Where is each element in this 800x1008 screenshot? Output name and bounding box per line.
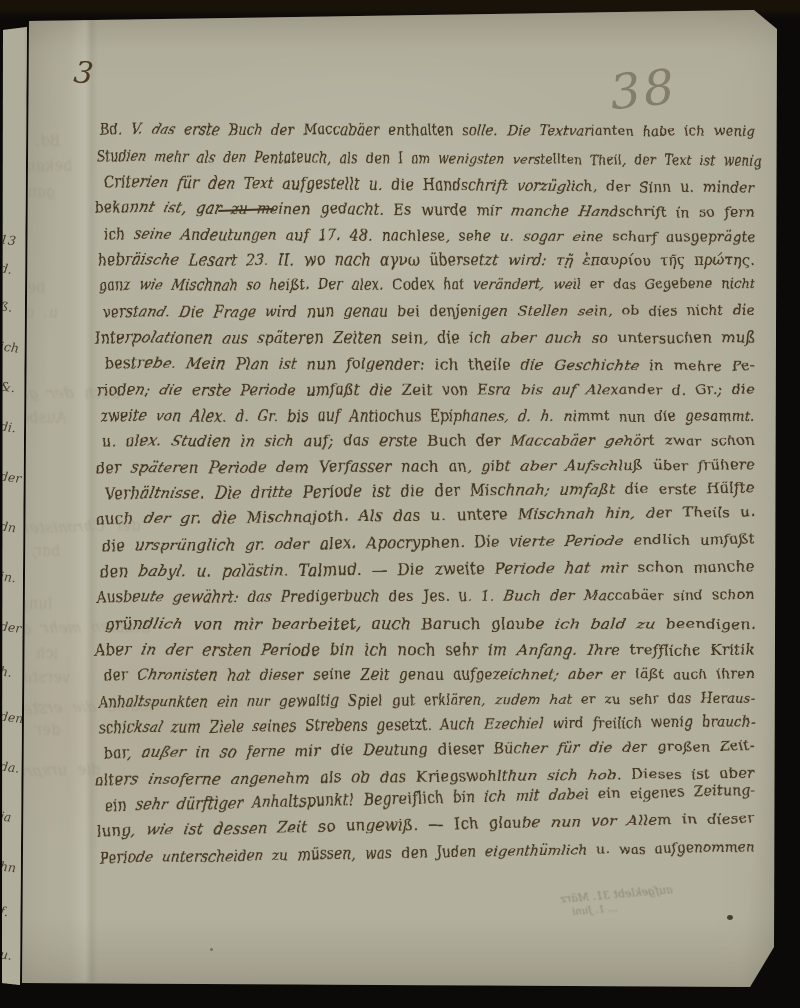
- manuscript-line: Aber in der ersten Periode bin ich noch …: [95, 641, 755, 659]
- manuscript-line: Criterien für den Text aufgestellt u. di…: [104, 173, 754, 197]
- manuscript-line: bar, außer in so ferne mir die Deutung d…: [104, 738, 755, 762]
- page-strip-fragment: da.: [0, 758, 27, 776]
- manuscript-line: ganz wie Mischnah so heißt. Der alex. Co…: [99, 276, 755, 294]
- handwriting-block: Bd. V. das erste Buch der Maccabäer enth…: [0, 0, 800, 1008]
- manuscript-line: schicksal zum Ziele seines Strebens gese…: [99, 713, 756, 737]
- ink-speck: [727, 915, 733, 920]
- page-strip-fragment: in.: [0, 568, 27, 586]
- manuscript-line: rioden; die erste Periode umfaßt die Zei…: [97, 381, 755, 399]
- manuscript-line: Bd. V. das erste Buch der Maccabäer enth…: [100, 121, 755, 140]
- page-strip-fragment: di.: [0, 418, 27, 436]
- manuscript-line: hebräische Lesart 23. II. wo nach αγνω ü…: [98, 251, 754, 270]
- ink-speck: [210, 948, 213, 951]
- manuscript-line: Periode unterscheiden zu müssen, was den…: [100, 838, 755, 867]
- page-strip-fragment: 13: [0, 231, 27, 249]
- page-strip-fragment: ß.: [0, 298, 27, 316]
- manuscript-line: ich seine Andeutungen auf 17. 48. nachle…: [104, 225, 756, 246]
- manuscript-line: zweite von Alex. d. Gr. bis auf Antiochu…: [101, 407, 755, 426]
- manuscript-line: der späteren Periode dem Verfasser nach …: [96, 456, 755, 477]
- manuscript-line: lung, wie ist dessen Zeit so ungewiß. — …: [97, 810, 755, 840]
- manuscript-line: den babyl. u. palästin. Talmud. — Die zw…: [100, 558, 755, 581]
- page-strip-fragment: dn: [0, 518, 27, 536]
- manuscript-line: Anhaltspunkten ein nur gewaltig Spiel gu…: [99, 689, 756, 711]
- page-strip-fragment: ja: [0, 808, 27, 826]
- manuscript-line: die ursprünglich gr. oder alex. Apocryph…: [102, 530, 755, 555]
- manuscript-line: verstand. Die Frage wird nun genau bei d…: [103, 301, 755, 321]
- page-strip-fragment: der: [0, 618, 27, 636]
- manuscript-line: Interpolationen aus späteren Zeiten sein…: [95, 329, 755, 347]
- manuscript-page: 3 38 Bd. V. das erste Buch der Maccabäer…: [0, 0, 800, 1008]
- page-strip-fragment: h.: [0, 663, 27, 681]
- manuscript-line: Studien mehr als den Pentateuch, als den…: [97, 147, 762, 170]
- manuscript-line: u. alex. Studien in sich auf; das erste …: [102, 433, 755, 450]
- manuscript-line: der Chronisten hat dieser seine Zeit gen…: [104, 666, 755, 684]
- manuscript-line: bestrebe. Mein Plan ist nun folgender: i…: [105, 355, 756, 375]
- page-strip-fragment: der: [0, 468, 27, 486]
- page-strip-fragment: den: [0, 708, 27, 726]
- page-strip-fragment: d.: [0, 260, 27, 278]
- manuscript-line: gründlich von mir bearbeitet, auch Baruc…: [105, 615, 756, 633]
- manuscript-line: Verhältnisse. Die dritte Periode ist die…: [105, 479, 755, 503]
- manuscript-line: bekannt ist, gar zu meinen gedacht. Es w…: [95, 199, 755, 222]
- page-strip-fragment: &.: [0, 378, 27, 396]
- manuscript-line: Ausbeute gewährt: das Predigerbuch des J…: [97, 587, 755, 606]
- page-strip-fragment: ich: [0, 338, 27, 356]
- manuscript-line: auch der gr. die Mischnajoth. Als das u.…: [96, 504, 755, 528]
- scan-background: 13d.ß.ich&.di.derdnin.derh.denda.jahnf.u…: [0, 0, 800, 1008]
